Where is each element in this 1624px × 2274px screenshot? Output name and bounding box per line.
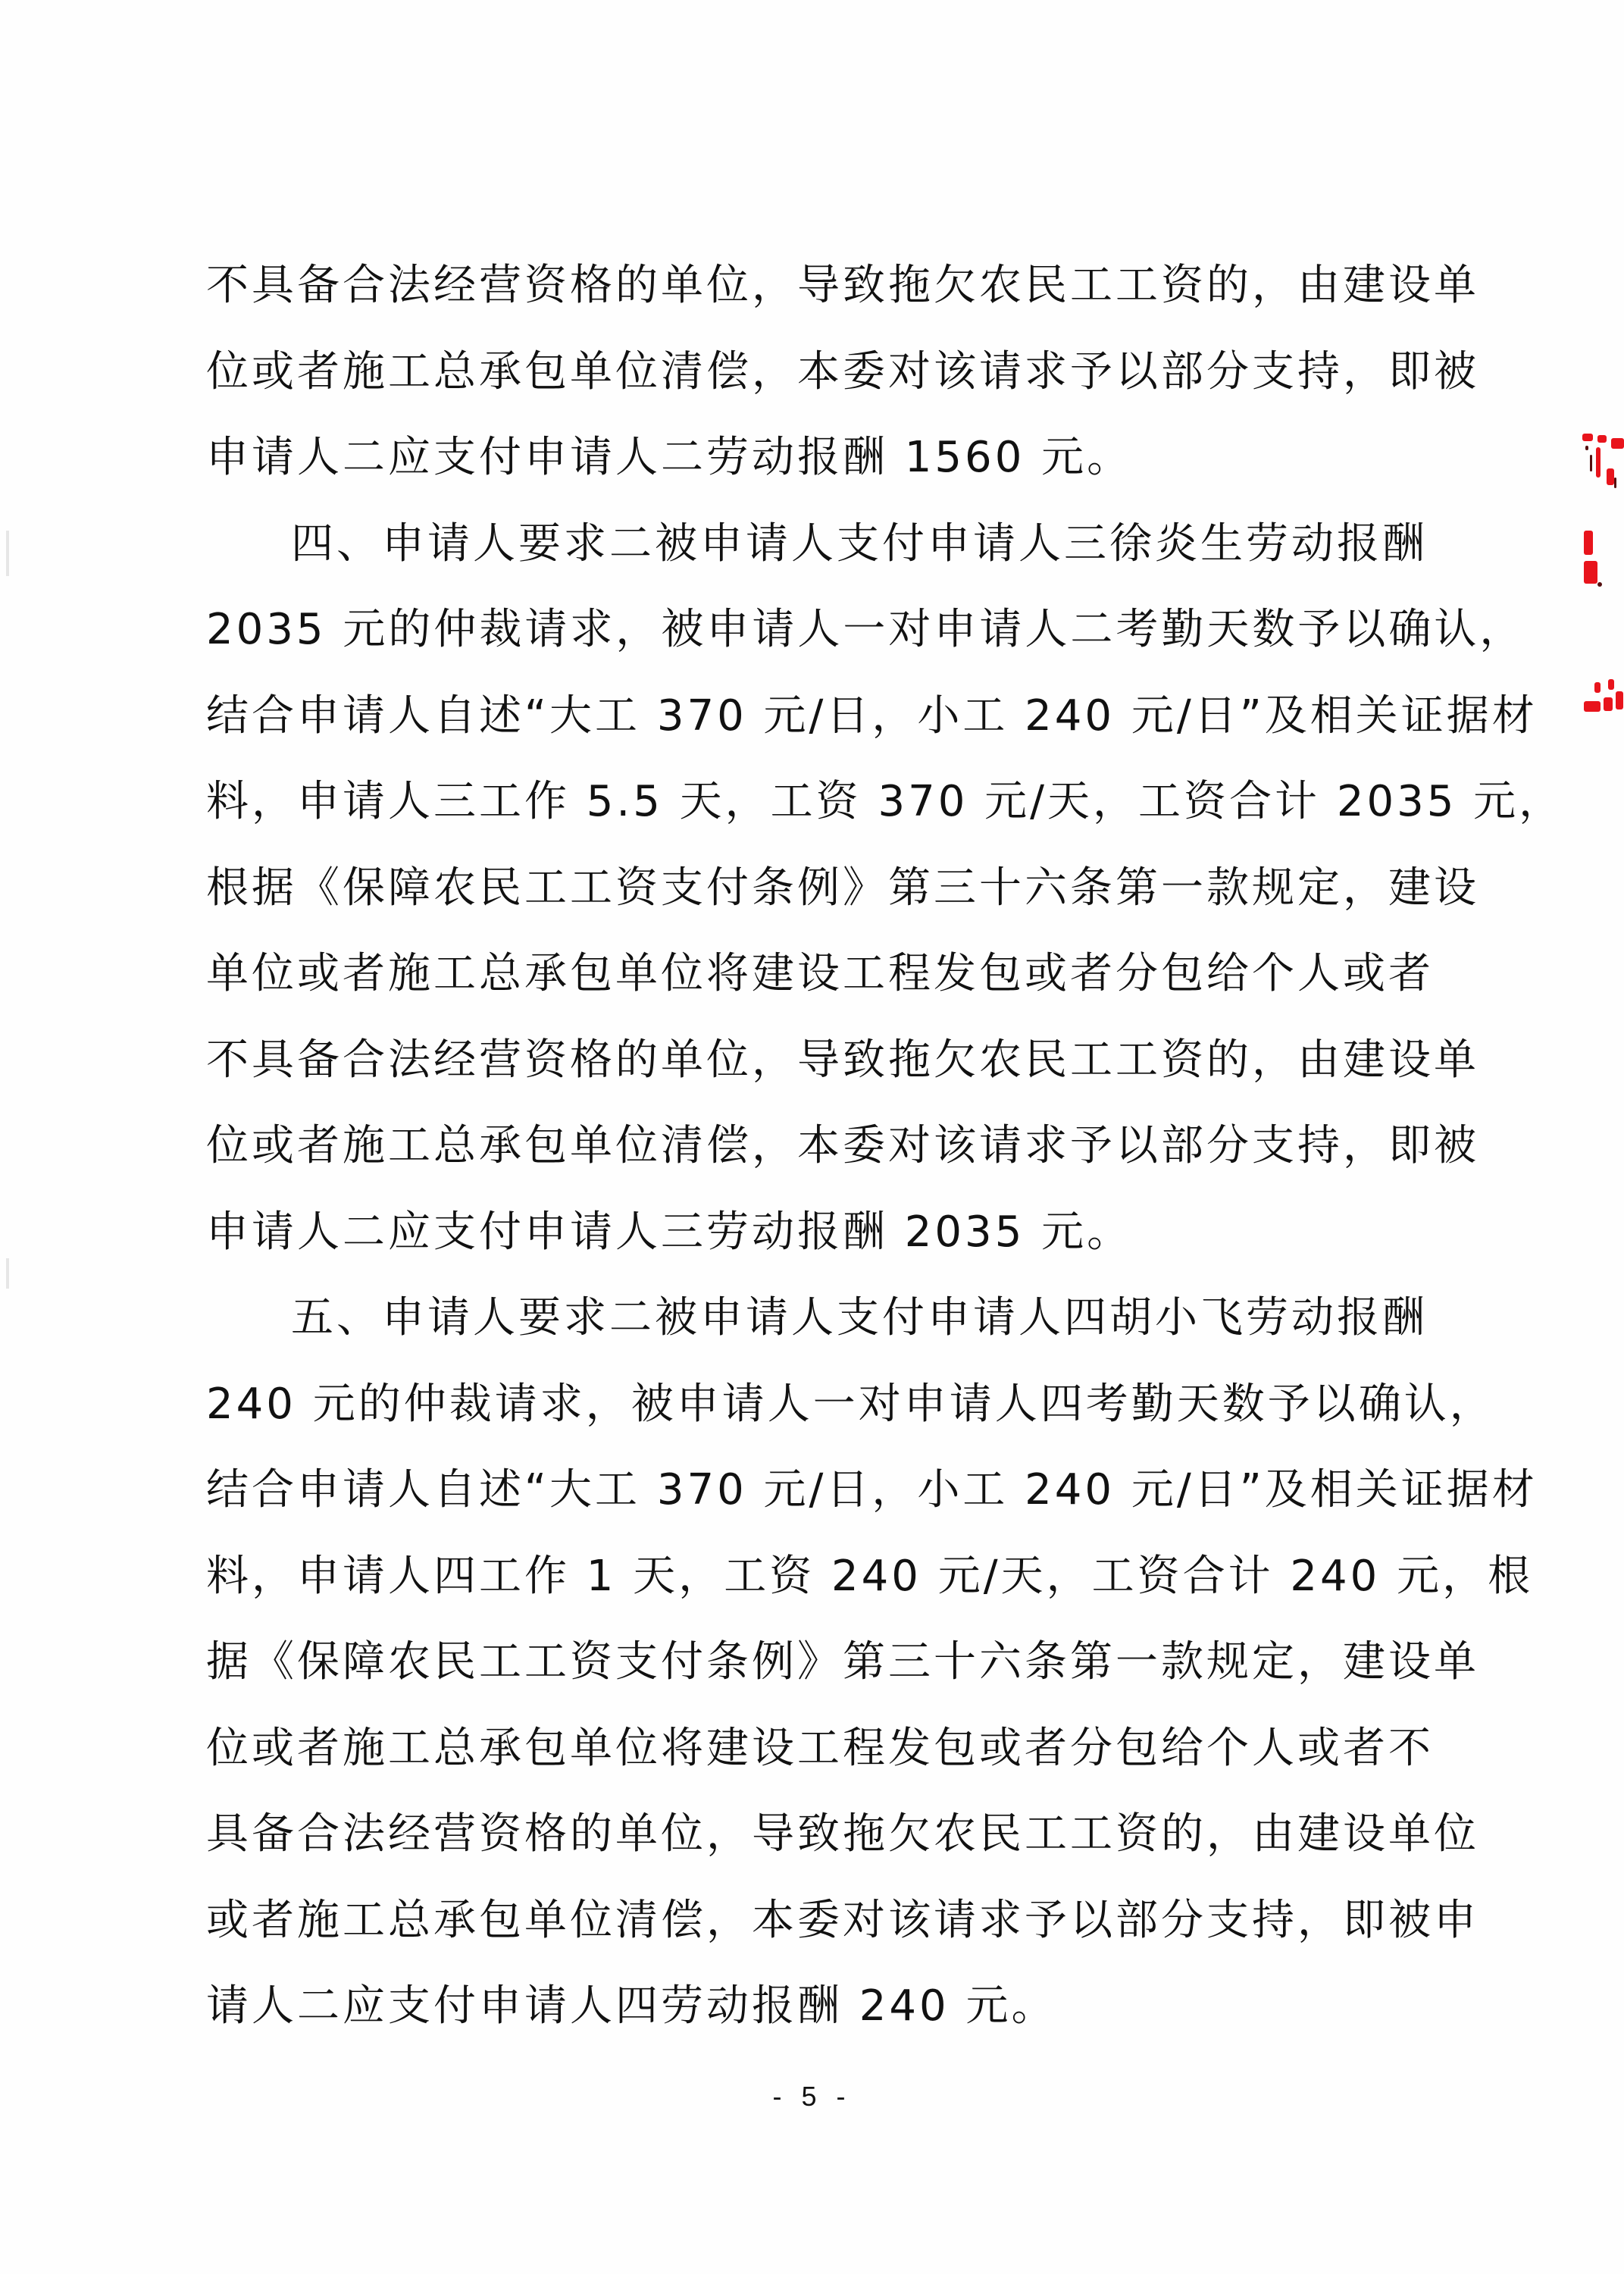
red-seal-fragment-icon: [1576, 432, 1624, 735]
text-line: 具备合法经营资格的单位，导致拖欠农民工工资的，由建设单位: [206, 1791, 1419, 1878]
text-line: 结合申请人自述“大工 370 元/日，小工 240 元/日”及相关证据材: [206, 1447, 1419, 1533]
text-line: 结合申请人自述“大工 370 元/日，小工 240 元/日”及相关证据材: [206, 673, 1419, 760]
text-line: 或者施工总承包单位清偿，本委对该请求予以部分支持，即被申: [206, 1878, 1419, 1964]
text-line: 据《保障农民工工资支付条例》第三十六条第一款规定，建设单: [206, 1619, 1419, 1705]
text-line: 位或者施工总承包单位将建设工程发包或者分包给个人或者不: [206, 1705, 1419, 1792]
text-line: 料，申请人四工作 1 天，工资 240 元/天，工资合计 240 元，根: [206, 1533, 1419, 1620]
text-line: 申请人二应支付申请人二劳动报酬 1560 元。: [206, 415, 1419, 501]
text-line: 2035 元的仲裁请求，被申请人一对申请人二考勤天数予以确认，: [206, 587, 1419, 673]
text-line: 申请人二应支付申请人三劳动报酬 2035 元。: [206, 1189, 1419, 1276]
text-line: 根据《保障农民工工资支付条例》第三十六条第一款规定，建设: [206, 845, 1419, 932]
scan-edge-mark: [6, 1258, 9, 1289]
text-line: 单位或者施工总承包单位将建设工程发包或者分包给个人或者: [206, 931, 1419, 1017]
text-line: 240 元的仲裁请求，被申请人一对申请人四考勤天数予以确认，: [206, 1361, 1419, 1448]
paragraph-4: 四、申请人要求二被申请人支付申请人三徐炎生劳动报酬 2035 元的仲裁请求，被申…: [206, 501, 1419, 1276]
paragraph-5: 五、申请人要求二被申请人支付申请人四胡小飞劳动报酬 240 元的仲裁请求，被申请…: [206, 1275, 1419, 2050]
text-line: 不具备合法经营资格的单位，导致拖欠农民工工资的，由建设单: [206, 243, 1419, 329]
text-line: 不具备合法经营资格的单位，导致拖欠农民工工资的，由建设单: [206, 1017, 1419, 1104]
scan-edge-mark: [6, 531, 9, 576]
paragraph-3-continued: 不具备合法经营资格的单位，导致拖欠农民工工资的，由建设单 位或者施工总承包单位清…: [206, 243, 1419, 501]
text-line: 位或者施工总承包单位清偿，本委对该请求予以部分支持，即被: [206, 1103, 1419, 1189]
text-line: 五、申请人要求二被申请人支付申请人四胡小飞劳动报酬: [206, 1275, 1419, 1361]
document-page: 不具备合法经营资格的单位，导致拖欠农民工工资的，由建设单 位或者施工总承包单位清…: [0, 0, 1624, 2274]
text-line: 位或者施工总承包单位清偿，本委对该请求予以部分支持，即被: [206, 329, 1419, 415]
document-body: 不具备合法经营资格的单位，导致拖欠农民工工资的，由建设单 位或者施工总承包单位清…: [206, 243, 1419, 2050]
text-line: 请人二应支付申请人四劳动报酬 240 元。: [206, 1963, 1419, 2050]
text-line: 料，申请人三工作 5.5 天，工资 370 元/天，工资合计 2035 元，: [206, 759, 1419, 845]
text-line: 四、申请人要求二被申请人支付申请人三徐炎生劳动报酬: [206, 501, 1419, 587]
page-number: - 5 -: [0, 2081, 1624, 2113]
